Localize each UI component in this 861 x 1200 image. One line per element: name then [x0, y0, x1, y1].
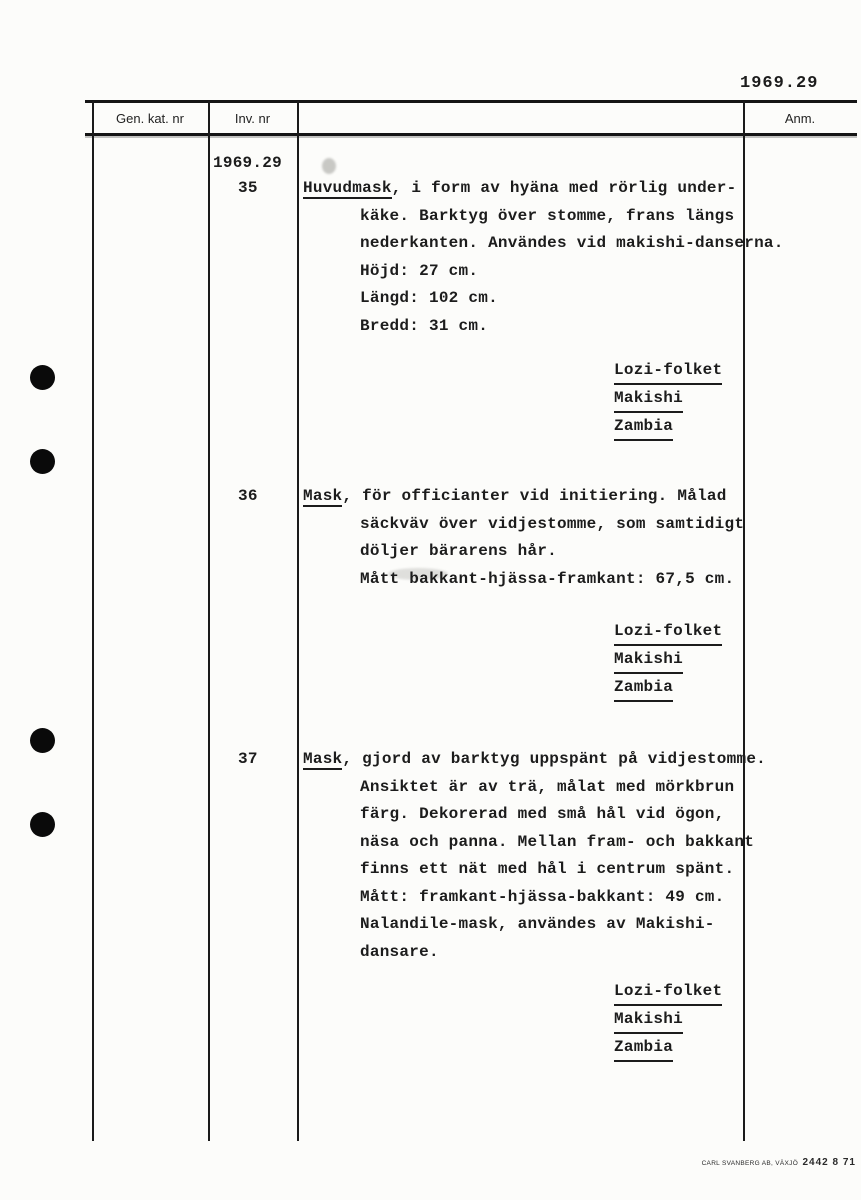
description-line: färg. Dekorerad med små hål vid ögon,	[303, 801, 790, 829]
inventory-year-prefix: 1969.29	[213, 150, 282, 178]
description-line: käke. Barktyg över stomme, frans längs	[303, 203, 790, 231]
table-left-border	[92, 101, 94, 1141]
description-line: Mått bakkant-hjässa-framkant: 67,5 cm.	[303, 566, 790, 594]
description-line: Mask, gjord av barktyg uppspänt på vidje…	[303, 746, 790, 774]
printer-code: 2442 8 71	[803, 1157, 857, 1168]
hole-punch-mark	[30, 449, 55, 474]
column-header-anm: Anm.	[743, 109, 857, 129]
entry-keyword: Mask	[303, 487, 342, 507]
tag-line: Makishi	[614, 385, 790, 413]
description-line: näsa och panna. Mellan fram- och bakkant	[303, 829, 790, 857]
description-line: Bredd: 31 cm.	[303, 313, 790, 341]
hole-punch-mark	[30, 728, 55, 753]
tag-label: Lozi-folket	[614, 979, 722, 1006]
description-line: Ansiktet är av trä, målat med mörkbrun	[303, 774, 790, 802]
description-line: säckväv över vidjestomme, som samtidigt	[303, 511, 790, 539]
description-line: dansare.	[303, 939, 790, 967]
tag-line: Lozi-folket	[614, 618, 790, 646]
tag-block: Lozi-folketMakishiZambia	[614, 357, 790, 441]
column-header-inv-nr: Inv. nr	[208, 109, 297, 129]
description-line: Längd: 102 cm.	[303, 285, 790, 313]
description-line: nederkanten. Användes vid makishi-danser…	[303, 230, 790, 258]
tag-label: Lozi-folket	[614, 619, 722, 646]
page-number: 1969.29	[740, 74, 818, 93]
tag-line: Zambia	[614, 413, 790, 441]
inventory-number: 35	[208, 175, 297, 441]
table-top-border	[85, 100, 857, 103]
tag-label: Zambia	[614, 414, 673, 441]
tag-line: Lozi-folket	[614, 978, 790, 1006]
ink-smudge	[322, 158, 336, 174]
tag-line: Zambia	[614, 674, 790, 702]
description-line: Höjd: 27 cm.	[303, 258, 790, 286]
tag-label: Makishi	[614, 1007, 683, 1034]
tag-label: Zambia	[614, 675, 673, 702]
description-line: döljer bärarens hår.	[303, 538, 790, 566]
printer-name: CARL SVANBERG AB, VÄXJÖ	[702, 1160, 798, 1167]
tag-label: Lozi-folket	[614, 358, 722, 385]
tag-label: Zambia	[614, 1035, 673, 1062]
entry-keyword: Huvudmask	[303, 179, 392, 199]
tag-block: Lozi-folketMakishiZambia	[614, 978, 790, 1062]
tag-label: Makishi	[614, 647, 683, 674]
entry-description: Huvudmask, i form av hyäna med rörlig un…	[297, 175, 790, 441]
catalog-entry: 36Mask, för officianter vid initiering. …	[208, 483, 790, 702]
tag-label: Makishi	[614, 386, 683, 413]
tag-line: Makishi	[614, 646, 790, 674]
description-line: Mått: framkant-hjässa-bakkant: 49 cm.	[303, 884, 790, 912]
description-line: Mask, för officianter vid initiering. Må…	[303, 483, 790, 511]
description-line: Huvudmask, i form av hyäna med rörlig un…	[303, 175, 790, 203]
tag-line: Lozi-folket	[614, 357, 790, 385]
catalog-entry: 37Mask, gjord av barktyg uppspänt på vid…	[208, 746, 790, 1062]
entry-description: Mask, för officianter vid initiering. Må…	[297, 483, 790, 702]
table-header-border	[85, 133, 857, 136]
hole-punch-mark	[30, 812, 55, 837]
entry-description: Mask, gjord av barktyg uppspänt på vidje…	[297, 746, 790, 1062]
description-line: Nalandile-mask, användes av Makishi-	[303, 911, 790, 939]
tag-line: Zambia	[614, 1034, 790, 1062]
tag-line: Makishi	[614, 1006, 790, 1034]
description-line: finns ett nät med hål i centrum spänt.	[303, 856, 790, 884]
tag-block: Lozi-folketMakishiZambia	[614, 618, 790, 702]
hole-punch-mark	[30, 365, 55, 390]
catalog-entry: 35Huvudmask, i form av hyäna med rörlig …	[208, 175, 790, 441]
printer-footer: CARL SVANBERG AB, VÄXJÖ 2442 8 71	[702, 1152, 856, 1170]
entry-keyword: Mask	[303, 750, 342, 770]
catalog-page: 1969.29 Gen. kat. nr Inv. nr Anm. 1969.2…	[0, 0, 861, 1200]
column-header-gen-kat-nr: Gen. kat. nr	[92, 109, 208, 129]
inventory-number: 37	[208, 746, 297, 1062]
inventory-number: 36	[208, 483, 297, 702]
